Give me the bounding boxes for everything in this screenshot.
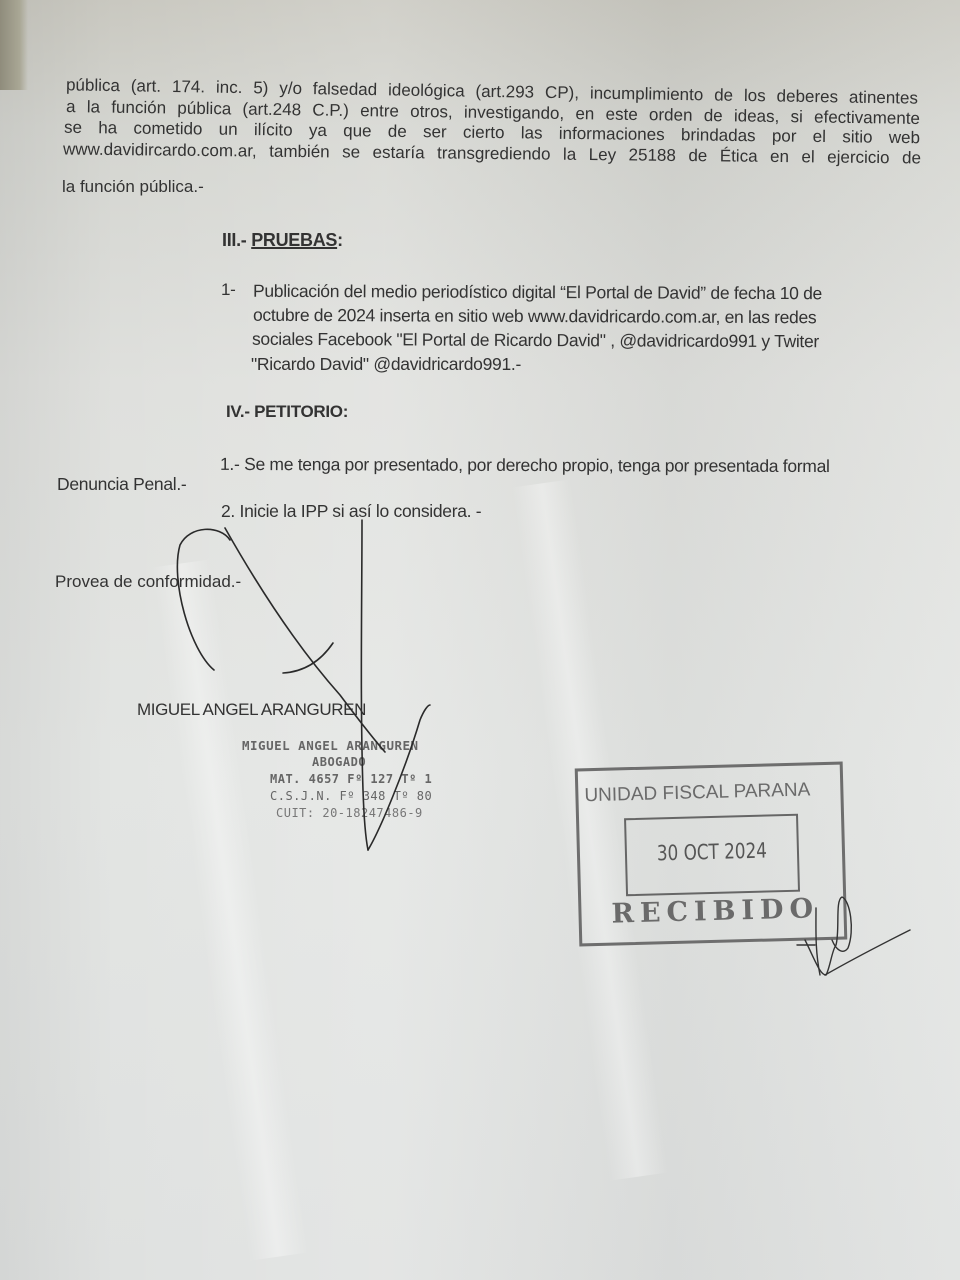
petition-line: 1.- Se me tenga por presentado, por dere… — [220, 454, 830, 476]
stamp-date: 30 OCT 2024 — [644, 838, 781, 866]
stamp-lawyer-name: MIGUEL ANGEL ARANGUREN — [242, 738, 419, 753]
paragraph-line: la función pública.- — [62, 177, 204, 197]
list-marker: 1- — [221, 280, 236, 300]
stamp-cuit: CUIT: 20-18247486-9 — [276, 806, 423, 820]
petition-continuation: Denuncia Penal.- — [57, 474, 186, 494]
section-colon: : — [337, 230, 343, 250]
stamp-csjn: C.S.J.N. Fº 348 Tº 80 — [270, 789, 432, 803]
page-corner-shadow — [0, 0, 28, 90]
section-number: III.- — [222, 230, 247, 250]
signatory-name: MIGUEL ANGEL ARANGUREN — [137, 700, 366, 720]
stamp-matricula: MAT. 4657 Fº 127 Tº 1 — [270, 772, 432, 786]
section-heading-pruebas: III.- PRUEBAS: — [222, 230, 343, 250]
stamp-office: UNIDAD FISCAL PARANA — [584, 779, 810, 807]
paper-crease — [152, 559, 309, 1261]
evidence-line: "Ricardo David" @davidricardo991.- — [251, 354, 521, 374]
evidence-line: sociales Facebook "El Portal de Ricardo … — [252, 329, 819, 351]
stamp-lawyer-title: ABOGADO — [312, 755, 366, 769]
evidence-line: octubre de 2024 inserta en sitio web www… — [253, 305, 816, 327]
reception-stamp: UNIDAD FISCAL PARANA 30 OCT 2024 RECIBID… — [575, 762, 848, 947]
section-title: PRUEBAS — [251, 230, 337, 250]
stamp-status: RECIBIDO — [611, 893, 819, 929]
stamp-date-box: 30 OCT 2024 — [624, 814, 800, 897]
closing-text: Provea de conformidad.- — [55, 572, 241, 592]
petition-line: 2. Inicie la IPP si así lo considera. - — [221, 501, 481, 521]
section-heading-petitorio: IV.- PETITORIO: — [226, 402, 348, 422]
evidence-line: Publicación del medio periodístico digit… — [253, 281, 822, 303]
document-page: pública (art. 174. inc. 5) y/o falsedad … — [0, 0, 960, 1280]
